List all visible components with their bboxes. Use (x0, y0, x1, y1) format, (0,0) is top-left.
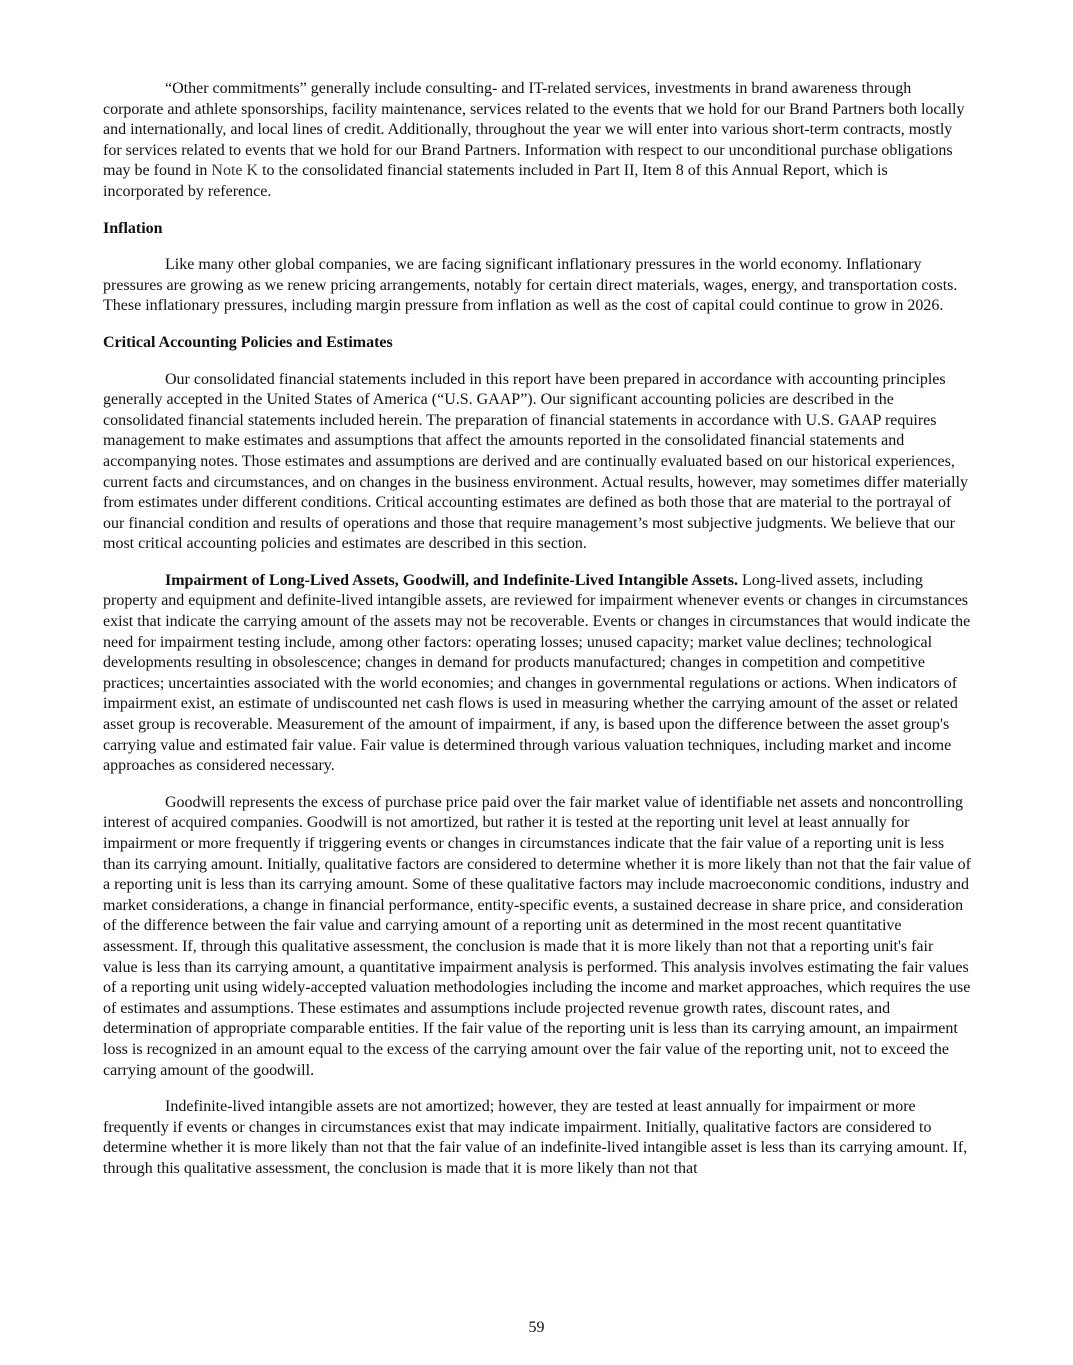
inline-heading-impairment: Impairment of Long-Lived Assets, Goodwil… (165, 572, 738, 589)
paragraph-inflation: Like many other global companies, we are… (103, 255, 971, 317)
paragraph-impairment: Impairment of Long-Lived Assets, Goodwil… (103, 571, 971, 777)
section-heading-critical-accounting: Critical Accounting Policies and Estimat… (103, 333, 971, 354)
section-heading-inflation: Inflation (103, 219, 971, 240)
paragraph-goodwill: Goodwill represents the excess of purcha… (103, 793, 971, 1081)
paragraph-critical-accounting: Our consolidated financial statements in… (103, 370, 971, 555)
note-k-link[interactable]: Note K (211, 162, 258, 179)
document-page: “Other commitments” generally include co… (103, 79, 971, 1196)
paragraph-other-commitments: “Other commitments” generally include co… (103, 79, 971, 203)
paragraph-text: Long-lived assets, including property an… (103, 572, 970, 774)
paragraph-indefinite-lived: Indefinite-lived intangible assets are n… (103, 1097, 971, 1179)
page-number: 59 (0, 1318, 1073, 1338)
